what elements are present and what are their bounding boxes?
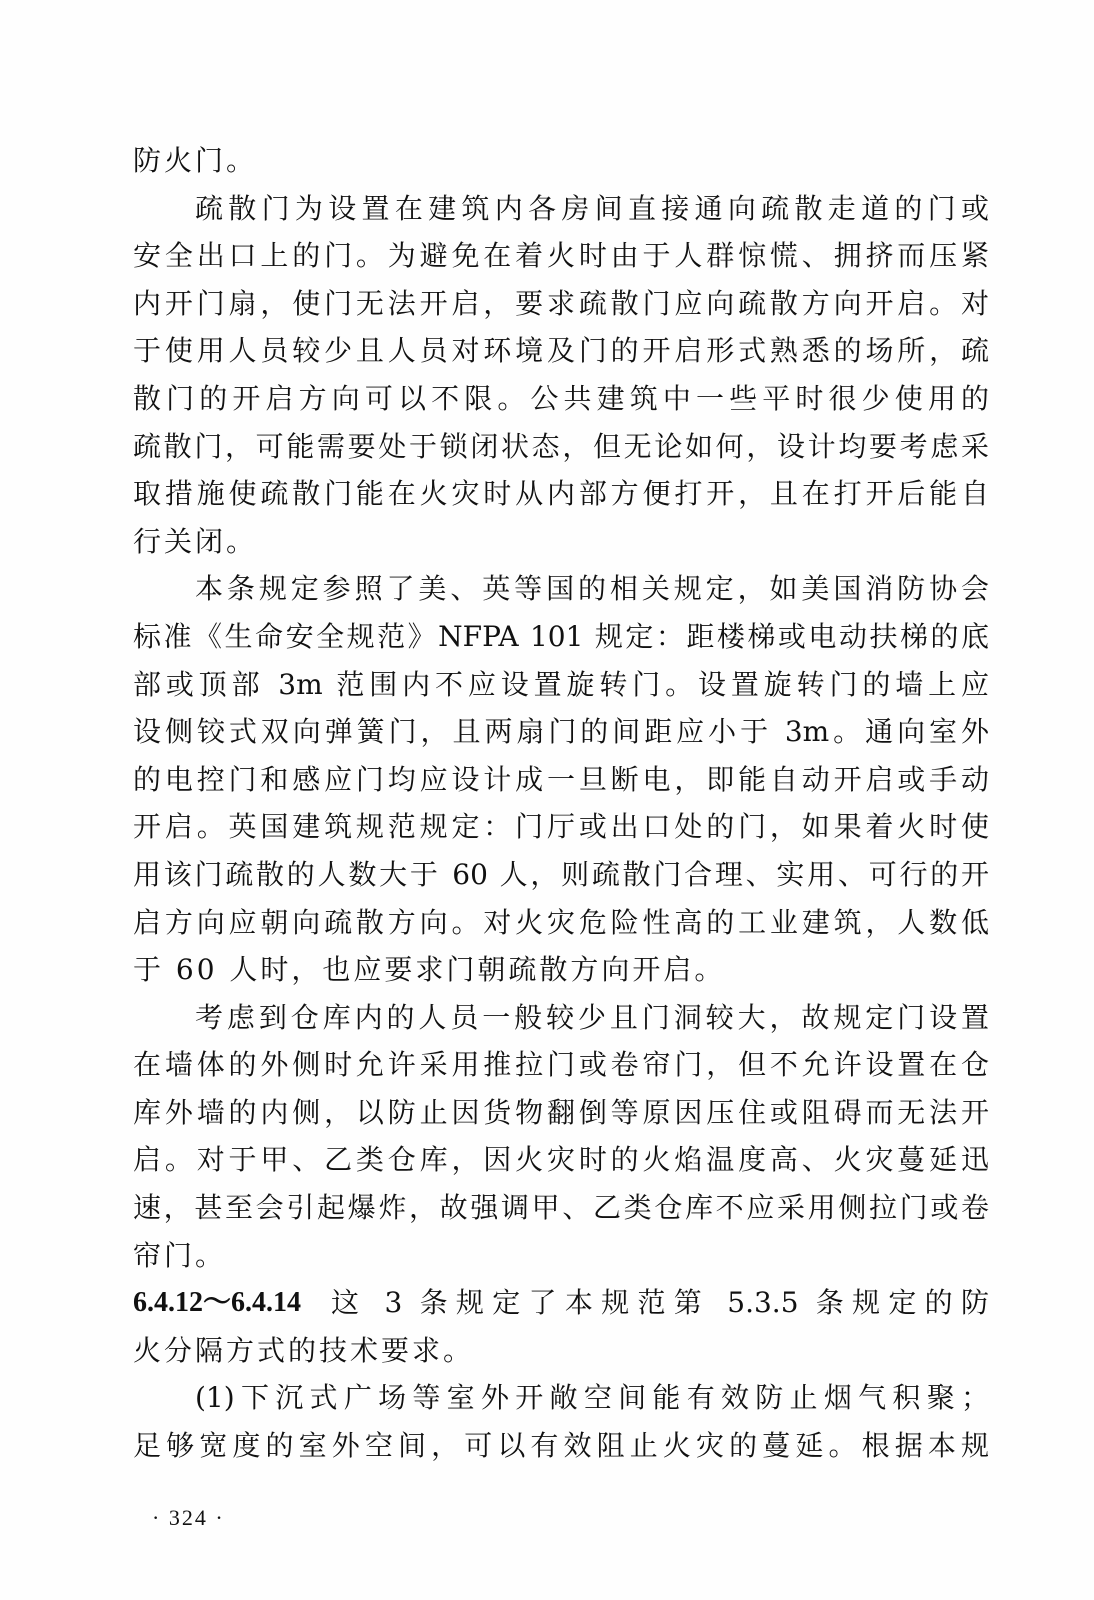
text-line: 火分隔方式的技术要求。 bbox=[133, 1327, 989, 1375]
text-line: 足够宽度的室外空间，可以有效阻止火灾的蔓延。根据本规 bbox=[133, 1422, 989, 1470]
paragraph-start-line: 疏散门为设置在建筑内各房间直接通向疏散走道的门或 bbox=[133, 185, 989, 233]
text-line: 用该门疏散的人数大于 60 人，则疏散门合理、实用、可行的开 bbox=[133, 851, 989, 899]
text-line: 散门的开启方向可以不限。公共建筑中一些平时很少使用的 bbox=[133, 375, 989, 423]
text-line: 帘门。 bbox=[133, 1232, 989, 1280]
text-line: 开启。英国建筑规范规定：门厅或出口处的门，如果着火时使 bbox=[133, 803, 989, 851]
text-line: 于使用人员较少且人员对环境及门的开启形式熟悉的场所，疏 bbox=[133, 327, 989, 375]
text-line: 启。对于甲、乙类仓库，因火灾时的火焰温度高、火灾蔓延迅 bbox=[133, 1136, 989, 1184]
text-line: 标准《生命安全规范》NFPA 101 规定：距楼梯或电动扶梯的底 bbox=[133, 613, 989, 661]
text-line: 取措施使疏散门能在火灾时从内部方便打开，且在打开后能自 bbox=[133, 470, 989, 518]
section-number: 6.4.12～6.4.14 bbox=[133, 1279, 301, 1327]
paragraph-start-line: (1)下沉式广场等室外开敞空间能有效防止烟气积聚； bbox=[133, 1374, 989, 1422]
text-line: 库外墙的内侧，以防止因货物翻倒等原因压住或阻碍而无法开 bbox=[133, 1089, 989, 1137]
text-line: 启方向应朝向疏散方向。对火灾危险性高的工业建筑，人数低 bbox=[133, 899, 989, 947]
section-heading-text: 这 3 条规定了本规范第 5.3.5 条规定的防 bbox=[331, 1279, 989, 1327]
text-line: 安全出口上的门。为避免在着火时由于人群惊慌、拥挤而压紧 bbox=[133, 232, 989, 280]
page-number: · 324 · bbox=[152, 1505, 225, 1531]
section-heading-line: 6.4.12～6.4.14 这 3 条规定了本规范第 5.3.5 条规定的防 bbox=[133, 1279, 989, 1327]
body-text: 防火门。 疏散门为设置在建筑内各房间直接通向疏散走道的门或 安全出口上的门。为避… bbox=[133, 137, 989, 1470]
paragraph-start-line: 本条规定参照了美、英等国的相关规定，如美国消防协会 bbox=[133, 565, 989, 613]
text-line: 速，甚至会引起爆炸，故强调甲、乙类仓库不应采用侧拉门或卷 bbox=[133, 1184, 989, 1232]
text-line: 防火门。 bbox=[133, 137, 989, 185]
text-line: 于 60 人时，也应要求门朝疏散方向开启。 bbox=[133, 946, 989, 994]
text-line: 设侧铰式双向弹簧门，且两扇门的间距应小于 3m。通向室外 bbox=[133, 708, 989, 756]
text-line: 部或顶部 3m 范围内不应设置旋转门。设置旋转门的墙上应 bbox=[133, 661, 989, 709]
text-line: 内开门扇，使门无法开启，要求疏散门应向疏散方向开启。对 bbox=[133, 280, 989, 328]
paragraph-start-line: 考虑到仓库内的人员一般较少且门洞较大，故规定门设置 bbox=[133, 994, 989, 1042]
text-line: 行关闭。 bbox=[133, 518, 989, 566]
text-line: 的电控门和感应门均应设计成一旦断电，即能自动开启或手动 bbox=[133, 756, 989, 804]
document-page: 防火门。 疏散门为设置在建筑内各房间直接通向疏散走道的门或 安全出口上的门。为避… bbox=[0, 0, 1094, 1600]
text-line: 在墙体的外侧时允许采用推拉门或卷帘门，但不允许设置在仓 bbox=[133, 1041, 989, 1089]
text-line: 疏散门，可能需要处于锁闭状态，但无论如何，设计均要考虑采 bbox=[133, 423, 989, 471]
